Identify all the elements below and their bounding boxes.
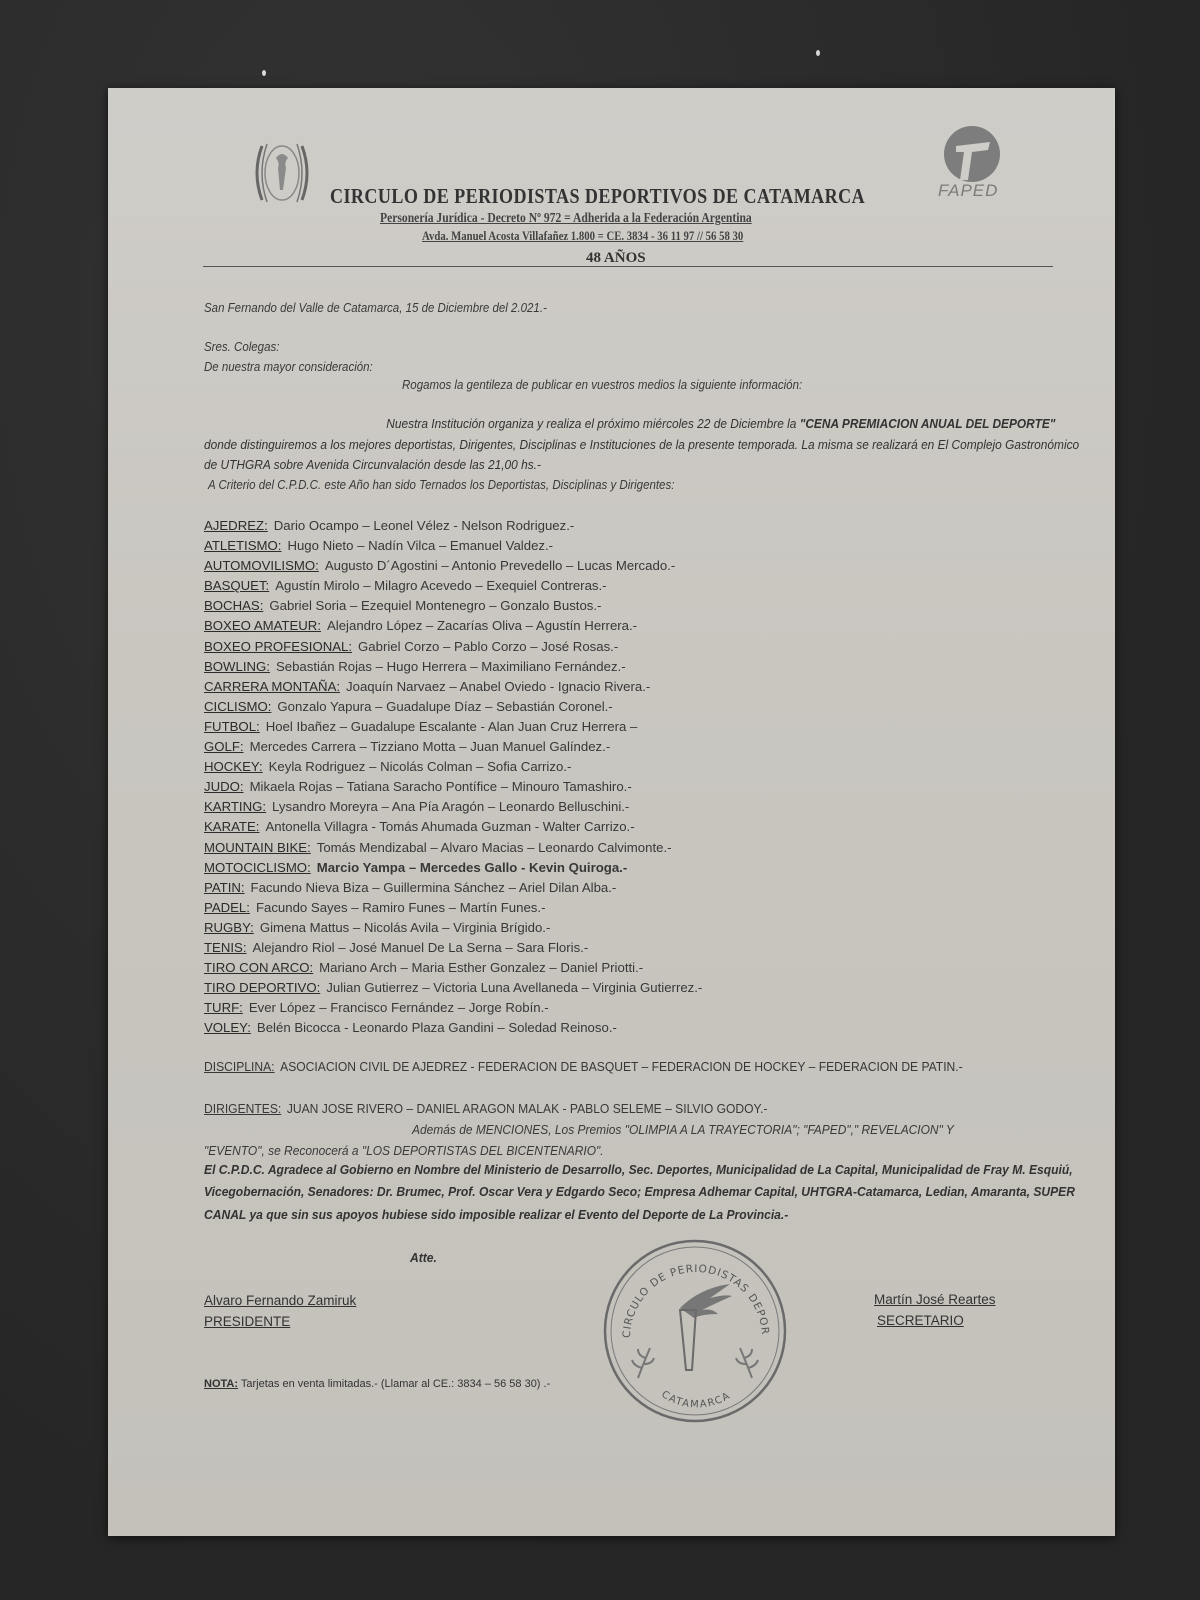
sport-label: KARTING:	[204, 799, 266, 814]
svg-text:CATAMARCA: CATAMARCA	[659, 1389, 733, 1410]
nominee-row: FUTBOL:Hoel Ibañez – Guadalupe Escalante…	[204, 717, 1084, 737]
intro-text-2: donde distinguiremos a los mejores depor…	[204, 437, 1079, 473]
faped-logo-icon	[942, 124, 1002, 184]
sport-label: MOTOCICLISMO:	[204, 860, 311, 875]
place-date: San Fernando del Valle de Catamarca, 15 …	[204, 301, 547, 315]
nominee-names: Agustín Mirolo – Milagro Acevedo – Exequ…	[275, 578, 606, 593]
disciplina-value: ASOCIACION CIVIL DE AJEDREZ - FEDERACION…	[280, 1059, 963, 1074]
nominee-names: Lysandro Moreyra – Ana Pía Aragón – Leon…	[272, 799, 629, 814]
nominee-names: Antonella Villagra - Tomás Ahumada Guzma…	[265, 819, 634, 834]
anniversary: 48 AÑOS	[586, 250, 646, 267]
torch-emblem-icon	[252, 140, 312, 206]
nominee-names: Dario Ocampo – Leonel Vélez - Nelson Rod…	[274, 518, 575, 533]
dirigentes-row: DIRIGENTES:JUAN JOSE RIVERO – DANIEL ARA…	[204, 1101, 767, 1116]
criteria-line: A Criterio del C.P.D.C. este Año han sid…	[208, 478, 674, 492]
nominee-row: HOCKEY:Keyla Rodriguez – Nicolás Colman …	[204, 757, 1084, 777]
nominee-names: Facundo Sayes – Ramiro Funes – Martín Fu…	[256, 900, 546, 915]
nominee-row: BOXEO AMATEUR:Alejandro López – Zacarías…	[204, 616, 1084, 636]
dust-speck	[816, 50, 820, 56]
nominee-row: TENIS:Alejandro Riol – José Manuel De La…	[204, 938, 1084, 958]
nominee-row: BOXEO PROFESIONAL:Gabriel Corzo – Pablo …	[204, 637, 1084, 657]
sport-label: AUTOMOVILISMO:	[204, 558, 319, 573]
nominee-names: Hoel Ibañez – Guadalupe Escalante - Alan…	[266, 719, 638, 734]
note-text: Tarjetas en venta limitadas.- (Llamar al…	[238, 1378, 550, 1390]
sport-label: VOLEY:	[204, 1020, 251, 1035]
president-title: PRESIDENTE	[204, 1311, 356, 1332]
sport-label: MOUNTAIN BIKE:	[204, 840, 311, 855]
sport-label: CARRERA MONTAÑA:	[204, 679, 340, 694]
dirigentes-label: DIRIGENTES:	[204, 1101, 281, 1116]
sport-label: GOLF:	[204, 739, 244, 754]
address-line: Avda. Manuel Acosta Villafañez 1.800 = C…	[422, 229, 743, 244]
nominee-names: Alejandro Riol – José Manuel De La Serna…	[253, 940, 589, 955]
nominee-row: TURF:Ever López – Francisco Fernández – …	[204, 998, 1084, 1018]
nominee-row: CICLISMO:Gonzalo Yapura – Guadalupe Díaz…	[204, 697, 1084, 717]
sport-label: BOXEO PROFESIONAL:	[204, 639, 352, 654]
nominee-row: TIRO CON ARCO:Mariano Arch – Maria Esthe…	[204, 958, 1084, 978]
nominee-row: CARRERA MONTAÑA:Joaquín Narvaez – Anabel…	[204, 677, 1084, 697]
dirigentes-value: JUAN JOSE RIVERO – DANIEL ARAGON MALAK -…	[287, 1101, 768, 1116]
closing: Atte.	[410, 1247, 437, 1269]
nominee-names: Tomás Mendizabal – Alvaro Macias – Leona…	[317, 840, 672, 855]
sport-label: TIRO CON ARCO:	[204, 960, 313, 975]
awards-line-2: "EVENTO", se Reconocerá a "LOS DEPORTIST…	[204, 1143, 604, 1158]
nominee-row: RUGBY:Gimena Mattus – Nicolás Avila – Vi…	[204, 918, 1084, 938]
sport-label: BASQUET:	[204, 578, 269, 593]
nominee-names: Facundo Nieva Biza – Guillermina Sánchez…	[251, 880, 617, 895]
nominee-row: GOLF:Mercedes Carrera – Tizziano Motta –…	[204, 737, 1084, 757]
sport-label: CICLISMO:	[204, 699, 271, 714]
organization-title: CIRCULO DE PERIODISTAS DEPORTIVOS DE CAT…	[330, 184, 865, 209]
sport-label: TENIS:	[204, 940, 247, 955]
nominee-names: Hugo Nieto – Nadín Vilca – Emanuel Valde…	[287, 538, 553, 553]
president-signature: Alvaro Fernando Zamiruk PRESIDENTE	[204, 1290, 356, 1332]
nominee-row: KARATE:Antonella Villagra - Tomás Ahumad…	[204, 817, 1084, 837]
nominee-names: Augusto D´Agostini – Antonio Prevedello …	[325, 558, 675, 573]
nominee-row: AJEDREZ:Dario Ocampo – Leonel Vélez - Ne…	[204, 516, 1084, 536]
secretary-signature: Martín José Reartes SECRETARIO	[874, 1289, 996, 1331]
nominee-names: Marcio Yampa – Mercedes Gallo - Kevin Qu…	[317, 860, 628, 875]
legal-line: Personería Jurídica - Decreto Nº 972 = A…	[380, 210, 752, 226]
nominee-names: Joaquín Narvaez – Anabel Oviedo - Ignaci…	[346, 679, 650, 694]
nominee-names: Gonzalo Yapura – Guadalupe Díaz – Sebast…	[277, 699, 612, 714]
sport-label: AJEDREZ:	[204, 518, 268, 533]
nominee-names: Belén Bicocca - Leonardo Plaza Gandini –…	[257, 1020, 617, 1035]
nominee-row: VOLEY:Belén Bicocca - Leonardo Plaza Gan…	[204, 1018, 1084, 1038]
nominee-row: BASQUET:Agustín Mirolo – Milagro Acevedo…	[204, 576, 1084, 596]
intro-text: Nuestra Institución organiza y realiza e…	[386, 416, 799, 431]
nominee-names: Ever López – Francisco Fernández – Jorge…	[249, 1000, 549, 1015]
seal-bottom-text: CATAMARCA	[659, 1389, 733, 1410]
sport-label: ATLETISMO:	[204, 538, 281, 553]
disciplina-row: DISCIPLINA:ASOCIACION CIVIL DE AJEDREZ -…	[204, 1059, 963, 1074]
sport-label: BOXEO AMATEUR:	[204, 618, 321, 633]
torch-seal-icon: CIRCULO DE PERIODISTAS DEPORTIVOS CATAMA…	[602, 1238, 788, 1424]
thanks-paragraph: El C.P.D.C. Agradece al Gobierno en Nomb…	[204, 1159, 1097, 1226]
salutation: Sres. Colegas:	[204, 340, 279, 354]
secretary-title: SECRETARIO	[877, 1310, 996, 1331]
nominee-row: ATLETISMO:Hugo Nieto – Nadín Vilca – Ema…	[204, 536, 1084, 556]
sport-label: TIRO DEPORTIVO:	[204, 980, 320, 995]
nominee-row: PADEL:Facundo Sayes – Ramiro Funes – Mar…	[204, 898, 1084, 918]
nominee-row: PATIN:Facundo Nieva Biza – Guillermina S…	[204, 878, 1084, 898]
nominee-row: MOTOCICLISMO:Marcio Yampa – Mercedes Gal…	[204, 858, 1084, 878]
sport-label: BOCHAS:	[204, 598, 263, 613]
nominee-names: Alejandro López – Zacarías Oliva – Agust…	[327, 618, 637, 633]
nominee-names: Mikaela Rojas – Tatiana Saracho Pontífic…	[250, 779, 632, 794]
president-name: Alvaro Fernando Zamiruk	[204, 1290, 356, 1311]
nominee-names: Sebastián Rojas – Hugo Herrera – Maximil…	[276, 659, 626, 674]
sport-label: BOWLING:	[204, 659, 270, 674]
dust-speck	[262, 70, 266, 76]
nominee-names: Mercedes Carrera – Tizziano Motta – Juan…	[250, 739, 611, 754]
letter-page: FAPED CIRCULO DE PERIODISTAS DEPORTIVOS …	[108, 88, 1115, 1536]
sport-label: KARATE:	[204, 819, 259, 834]
nominee-row: KARTING:Lysandro Moreyra – Ana Pía Aragó…	[204, 797, 1084, 817]
disciplina-label: DISCIPLINA:	[204, 1059, 275, 1074]
note-label: NOTA:	[204, 1378, 238, 1390]
sport-label: TURF:	[204, 1000, 243, 1015]
nominee-names: Keyla Rodriguez – Nicolás Colman – Sofia…	[269, 759, 572, 774]
salutation-2: De nuestra mayor consideración:	[204, 360, 373, 374]
nominees-list: AJEDREZ:Dario Ocampo – Leonel Vélez - Ne…	[204, 516, 1084, 1038]
sport-label: RUGBY:	[204, 920, 254, 935]
nominee-names: Gimena Mattus – Nicolás Avila – Virginia…	[260, 920, 551, 935]
sport-label: PADEL:	[204, 900, 250, 915]
svg-text:CIRCULO DE PERIODISTAS DEPORTI: CIRCULO DE PERIODISTAS DEPORTIVOS	[602, 1238, 771, 1338]
sport-label: PATIN:	[204, 880, 245, 895]
nominee-names: Mariano Arch – Maria Esther Gonzalez – D…	[319, 960, 643, 975]
event-name: "CENA PREMIACION ANUAL DEL DEPORTE"	[800, 416, 1056, 431]
nominee-row: JUDO:Mikaela Rojas – Tatiana Saracho Pon…	[204, 777, 1084, 797]
secretary-name: Martín José Reartes	[874, 1289, 996, 1310]
sport-label: JUDO:	[204, 779, 244, 794]
nominee-names: Gabriel Soria – Ezequiel Montenegro – Go…	[269, 598, 601, 613]
nominee-row: MOUNTAIN BIKE:Tomás Mendizabal – Alvaro …	[204, 838, 1084, 858]
nominee-names: Julian Gutierrez – Victoria Luna Avellan…	[326, 980, 702, 995]
publication-request: Rogamos la gentileza de publicar en vues…	[402, 378, 802, 392]
nominee-names: Gabriel Corzo – Pablo Corzo – José Rosas…	[358, 639, 618, 654]
nominee-row: AUTOMOVILISMO:Augusto D´Agostini – Anton…	[204, 556, 1084, 576]
sport-label: HOCKEY:	[204, 759, 263, 774]
note: NOTA: Tarjetas en venta limitadas.- (Lla…	[204, 1378, 550, 1390]
nominee-row: BOWLING:Sebastián Rojas – Hugo Herrera –…	[204, 657, 1084, 677]
nominee-row: TIRO DEPORTIVO:Julian Gutierrez – Victor…	[204, 978, 1084, 998]
seal-top-text: CIRCULO DE PERIODISTAS DEPORTIVOS	[602, 1238, 771, 1338]
nominee-row: BOCHAS:Gabriel Soria – Ezequiel Monteneg…	[204, 596, 1084, 616]
sport-label: FUTBOL:	[204, 719, 260, 734]
awards-line-1: Además de MENCIONES, Los Premios "OLIMPI…	[412, 1122, 954, 1137]
faped-logo-text: FAPED	[938, 181, 998, 201]
header-divider	[203, 266, 1053, 267]
intro-paragraph: Nuestra Institución organiza y realiza e…	[204, 414, 1088, 476]
